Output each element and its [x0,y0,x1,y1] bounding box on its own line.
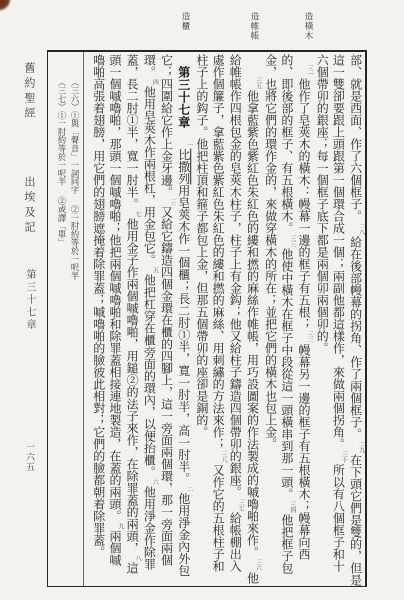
chapter-heading: 第三十七章 [177,66,191,129]
footnotes: （三六）①與「聲音」一詞同字②一肘約等於一呎半 （三七）①一肘約等於一呎半②或譯… [53,78,81,378]
verse-number: 三一 [306,65,313,77]
verse-number: 三八 [220,451,227,463]
running-head-bible: 舊約聖經 [21,62,37,122]
verse-text: 又作它的五根柱子和 [211,464,225,572]
verse-text: 兩個嘁 [108,530,122,566]
verse-number: 八 [134,555,141,561]
verse-number: 一 [186,142,193,148]
verse-text: 這一雙卻要跟上頭跟第一個環合成一個；兩副他都這樣作，來做兩個拐角。 [331,54,345,450]
text-column-1: 部、就是西面、作了六個框子。二八給在後部幔幕的拐角、作了兩個框子。二九在下頭它們… [347,54,364,584]
side-note-crossbars: 造橫木 [302,12,314,41]
verse-text: 他用淨金作除罪 [142,486,156,570]
verse-text: 嚕啪高張着翅膀，用它們的翅膀遮掩着除罪蓋；嘁嚕啪的臉彼此相對；它們的臉都朝着除罪… [92,54,106,558]
verse-number: 三 [169,199,176,205]
verse-text: 這 [125,562,139,574]
footnote-divider [83,52,84,586]
verse-text: 又給它鑄造四個金環在櫃的四腳上，這一旁面兩個環，那一旁面兩個 [160,206,174,566]
verse-text: 環。 [142,54,156,78]
footnote-chapter-37: （三七）①一肘約等於一呎半②或譯「單」 [55,78,68,378]
verse-text: 給在後部幔幕的拐角、作了兩個框子。 [349,236,363,440]
verse-number: 四 [151,79,158,85]
verse-text: 他把杠穿在櫃旁面的環內，以便抬櫃。 [142,274,156,478]
verse-number: 九 [117,523,124,529]
footnote-text: ②或譯「單」 [57,197,67,247]
verse-number: 三三 [289,235,296,247]
verse-text: 在下頭它們是雙的，但是 [349,454,363,586]
verse-number: 六 [151,479,158,485]
verse-number: 七 [134,211,141,217]
verse-number: 三七 [237,499,244,511]
text-column-16: 嚕啪高張着翅膀，用它們的翅膀遮掩着除罪蓋；嘁嚕啪的臉彼此相對；它們的臉都朝着除罪… [90,54,107,584]
footnote-text: ②一肘約等於一呎半 [70,205,80,280]
verse-text: 幔幕另一邊的框子有五根橫木；幔幕向西 [297,344,311,560]
verse-number: 二八 [358,223,365,235]
main-text: 部、就是西面、作了六個框子。二八給在後部幔幕的拐角、作了兩個框子。二九在下頭它們… [89,54,364,584]
verse-text: 他用金子作兩個嘁嚕啪，用鎚②的法子來作，在除罪蓋的兩頭， [125,218,139,554]
side-note-curtain: 造帷帳 [248,12,260,41]
verse-number: 三十 [340,451,347,463]
verse-text: 處作個簾子，拿藍紫色紫紅色朱紅色的縷和撚的麻絲、用刺繡的方法來作； [211,54,225,450]
verse-text: 他用皂莢木作兩根杠，用金包它。 [142,86,156,266]
verse-text: 金，也將它們的環作金的，來做穿橫木的所在；並把它們的橫木也包上金。 [264,54,278,450]
footnote-chapter-label: （三六） [70,78,80,111]
text-column-4: 三一他作了皂莢木的橫木：幔幕一邊的框子有五根；三二幔幕另一邊的框子有五根橫木；幔… [296,54,313,584]
text-column-9: 處作個簾子，拿藍紫色紫紅色朱紅色的縷和撚的麻絲、用刺繡的方法來作；三八又作它的五… [210,54,227,584]
verse-number: 三六 [254,559,261,571]
verse-number: 二九 [358,441,365,453]
verse-text: 用皂莢木作一個櫃；長二肘①半，寬一肘半，高一肘半。 [177,185,191,485]
proper-name: 比撒列 [177,149,191,185]
text-column-15: 頭一個嘁嚕啪，那頭一個嘁嚕啪；他把兩個嘁嚕啪和除罪蓋相接連地製造，在蓋的兩頭。九… [107,54,124,584]
verse-text: 他把框子包 [280,514,294,574]
footnote-chapter-36: （三六）①與「聲音」一詞同字②一肘約等於一呎半 [68,78,81,378]
verse-text: 頭一個嘁嚕啪，那頭一個嘁嚕啪；他把兩個嘁嚕啪和除罪蓋相接連地製造，在蓋的兩頭。 [108,54,122,522]
text-column-6: 金，也將它們的環作金的，來做穿橫木的所在；並把它們的橫木也包上金。 [261,54,278,584]
verse-text: 它；四圍給它作上金牙邊。 [160,54,174,198]
text-column-14: 蓋，長二肘①半，寬一肘半。七他用金子作兩個嘁嚕啪，用鎚②的法子來作，在除罪蓋的兩… [124,54,141,584]
scan-corner-smudge [0,0,11,11]
text-column-12: 它；四圍給它作上金牙邊。三又給它鑄造四個金環在櫃的四腳上，這一旁面兩個環，那一旁… [158,54,175,584]
text-column-5: 的、即後部的框子、有五根橫木。三三他使中橫木在框子中段從這一頭橫串到那一頭。三四… [279,54,296,584]
running-head-chapter: 第三十七章 [22,269,37,332]
running-head-book: 出埃及記 [21,176,37,236]
verse-text: 他作了皂莢木的橫木：幔幕一邊的框子有五根； [297,78,311,330]
verse-text: 給帷帳作四根包金的皂莢木柱子，柱子上有金鈎；他又給柱子鑄造四個帶卯的銀座。 [228,54,242,498]
verse-text: 他拿藍紫色紫紅色朱紅色的縷和撚的麻絲作帷帳，用巧設圖案的作法製成的嘁嚕啪來作。 [245,90,259,558]
verse-number: 三二 [306,331,313,343]
verse-text: 的、即後部的框子、有五根橫木。 [280,54,294,234]
verse-text: 他使中橫木在框子中段從這一頭橫串到那一頭。 [280,248,294,500]
verse-number: 二 [186,486,193,492]
text-column-11: 第三十七章一比撒列用皂莢木作一個櫃；長二肘①半，寬一肘半，高一肘半。二他用淨金內… [176,54,193,584]
text-column-10: 柱子上的鈎子。他把柱頂和箍子都包上金，但那五個帶卯的座卻是銅的。 [193,54,210,584]
footnote-text: ①與「聲音」一詞同字 [70,111,80,194]
verse-text: 柱子上的鈎子。他把柱頂和箍子都包上金，但那五個帶卯的座卻是銅的。 [195,54,209,438]
verse-number: 三四 [289,501,296,513]
text-column-2: 這一雙卻要跟上頭跟第一個環合成一個；兩副他都這樣作，來做兩個拐角。三十所以有八個… [330,54,347,584]
text-column-7: 三五他拿藍紫色紫紅色朱紅色的縷和撚的麻絲作帷帳，用巧設圖案的作法製成的嘁嚕啪來作… [244,54,261,584]
text-column-13: 環。四他用皂莢木作兩根杠，用金包它。五他把杠穿在櫃旁面的環內，以便抬櫃。六他用淨… [141,54,158,584]
text-column-8: 給帷帳作四根包金的皂莢木柱子，柱子上有金鈎；他又給柱子鑄造四個帶卯的銀座。三七給… [227,54,244,584]
footnote-text: ①一肘約等於一呎半 [57,111,67,186]
verse-text: 他 [245,572,259,584]
verse-number: 五 [151,267,158,273]
verse-text: 所以有八個框子和十 [331,464,345,572]
verse-text: 六個帶卯的銀座；每一個框子底下都是兩個卯兩個卯的。 [315,54,329,354]
text-column-3: 六個帶卯的銀座；每一個框子底下都是兩個卯兩個卯的。 [313,54,330,584]
verse-text: 蓋，長二肘①半，寬一肘半。 [125,54,139,210]
footnote-chapter-label: （三七） [57,78,67,111]
verse-number: 三五 [254,77,261,89]
verse-text: 給帳棚出入 [228,512,242,572]
verse-text: 部、就是西面、作了六個框子。 [349,54,363,222]
page-number: 一六五 [23,442,36,472]
side-note-ark: 造櫃 [179,12,191,31]
verse-text: 他用淨金內外包 [177,493,191,577]
